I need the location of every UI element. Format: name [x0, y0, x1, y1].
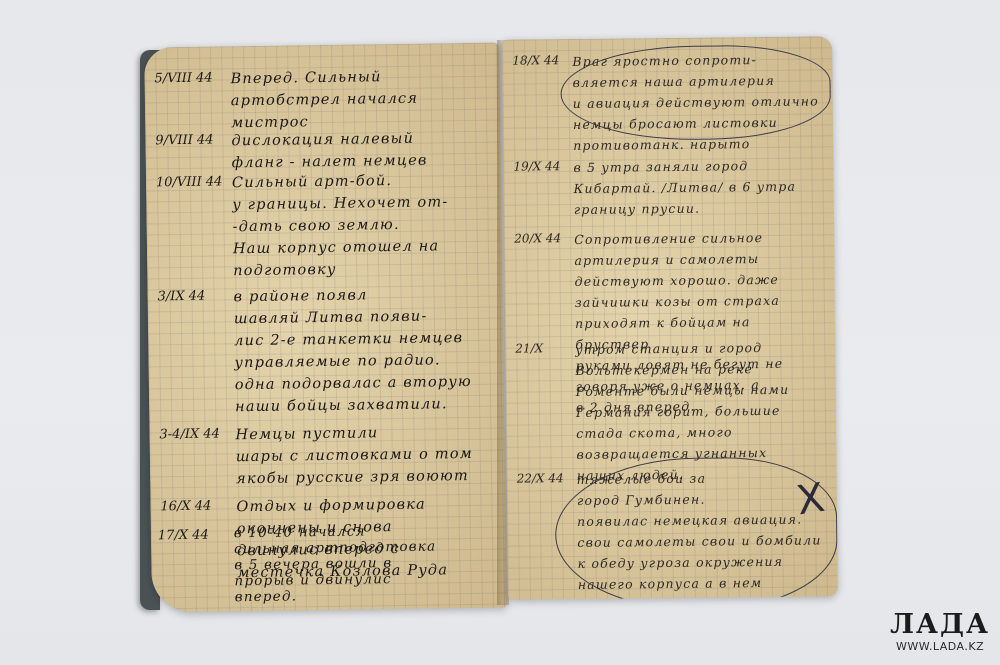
entry-date: 20/X 44 [514, 231, 561, 245]
entry-date: 18/X 44 [512, 53, 559, 67]
entry-text: Вперед. Сильный артобстрел начался мистр… [230, 65, 492, 135]
entry-date: 9/VIII 44 [155, 133, 213, 149]
entry-text: в 5 утра заняли город Кибартай. /Литва/ … [573, 154, 826, 220]
diary-entry: 3/IX 44 в районе появл шавляй Литва появ… [147, 283, 502, 288]
watermark-url: WWW.LADA.KZ [890, 640, 990, 653]
diary-entry: 20/X 44 Сопротивление сильное артилерия … [504, 226, 834, 229]
entry-date: 19/X 44 [513, 159, 560, 173]
entry-date: 5/VIII 44 [154, 71, 212, 87]
left-page-bottom-entry: 17/X 44 в 10-40 начался сильная артподго… [147, 478, 504, 613]
entry-text: в 10-40 начался сильная артподготовка в … [234, 522, 496, 606]
watermark-logo: ЛАДА [890, 610, 990, 640]
diary-entry: 3-4/IX 44 Немцы пустили шары с листовкам… [149, 421, 504, 426]
entry-date: 10/VIII 44 [156, 174, 223, 190]
entry-date: 3/IX 44 [157, 289, 205, 305]
entry-text: в районе появл шавляй Литва появи- лис 2… [233, 283, 496, 419]
diary-entry: 17/X 44 в 10-40 начался сильная артподго… [148, 522, 503, 527]
entry-date: 22/X 44 [517, 471, 564, 485]
entry-date: 3-4/IX 44 [159, 426, 220, 442]
entry-text: дислокация налевый фланг - налет немцев [231, 127, 493, 175]
entry-date: 21/X [515, 341, 543, 355]
entry-text: Враг яростно сопроти- вляется наша артил… [572, 48, 825, 156]
diary-entry: 5/VIII 44 Вперед. Сильный артобстрел нач… [144, 65, 499, 70]
entry-date: 17/X 44 [158, 528, 209, 544]
right-page: 18/X 44 Враг яростно сопроти- вляется на… [502, 36, 838, 599]
entry-text: Сильный арт-бой. у границы. Нехочет от- … [232, 169, 495, 283]
entry-text: тяжелые бои за город Гумбинен. появилас … [577, 466, 831, 599]
watermark: ЛАДА WWW.LADA.KZ [890, 610, 990, 653]
